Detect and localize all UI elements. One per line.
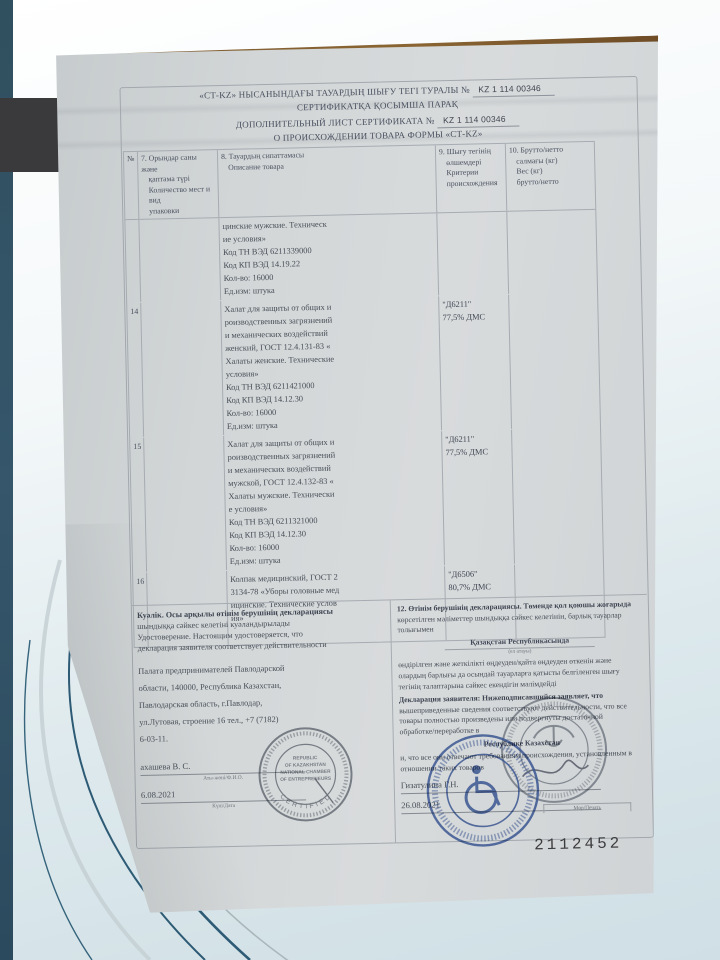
description-cell: Халат для защиты от общих ироизводственн… (221, 296, 442, 435)
declaration-text-ru: Декларация заявителя: Нижеподписавшийся … (399, 690, 644, 738)
col7-header: 7. Орындар саны жәнеқаптама түріКоличест… (138, 150, 219, 219)
certificate-number: KZ 1 114 00346 (437, 113, 520, 129)
description-cell: цинские мужские. Технические условия»Код… (219, 213, 439, 300)
criteria-cell (437, 212, 509, 296)
slide-background: «СТ-KZ» НЫСАНЫНДАҒЫ ТАУАРДЫҢ ШЫҒУ ТЕГІ Т… (0, 0, 720, 960)
declaration-text-kk: 12. Өтінім берушінің декларациясы. Төмен… (397, 599, 642, 636)
applicant-name: Гизатулина Г.Н. (401, 776, 601, 794)
col10-header: 10. Брутто/неттосалмағы (кг)Вес (кг)брут… (506, 142, 593, 211)
packaging-cell (144, 436, 227, 572)
col-no-header: № (124, 152, 139, 219)
table-header-row: № 7. Орындар саны жәнеқаптама түріКоличе… (124, 142, 595, 220)
attestation-section: Куәлік. Осы арқылы өтінім берушінің декл… (131, 600, 395, 848)
packaging-cell (139, 218, 221, 302)
weight-cell (512, 428, 601, 564)
attestation-text: Куәлік. Осы арқылы өтінім берушінің декл… (137, 605, 385, 654)
description-cell: Халат для защиты от общих ироизводственн… (224, 431, 445, 570)
form-header: «СТ-KZ» НЫСАНЫНДАҒЫ ТАУАРДЫҢ ШЫҒУ ТЕГІ Т… (125, 80, 631, 148)
declaration-text-kk2: өндірілген және жеткілікті өңдеуден/қайт… (398, 655, 643, 692)
decor-charcoal-block (0, 98, 64, 172)
certificate-photo: «СТ-KZ» НЫСАНЫНДАҒЫ ТАУАРДЫҢ ШЫҒУ ТЕГІ Т… (49, 35, 680, 914)
seal-label: Мөр/Печать (543, 802, 631, 813)
criteria-cell: "Д6211"77,5% ДМС (442, 430, 515, 565)
criteria-cell: "Д6211"77,5% ДМС (439, 295, 512, 430)
table-row: цинские мужские. Технические условия»Код… (125, 210, 597, 302)
col9-header: 9. Шығу тегініңөлшемдеріКритериипроисхож… (436, 144, 507, 213)
declaration-text-ru2: и, что все они отвечают требованиям прои… (400, 748, 644, 775)
serial-number: 2112452 (534, 834, 623, 854)
left-signature-block: ахашева В. С. Аты-жөні/Ф.И.О. 6.08.2021 … (140, 758, 306, 812)
table-row: 15 Халат для защиты от общих ироизводств… (130, 427, 603, 572)
chamber-address: Палата предпринимателей Павлодарскойобла… (138, 658, 387, 748)
packaging-cell (141, 301, 224, 437)
col8-header: 8. Тауардың сипаттамасыОписание товара (218, 145, 437, 217)
table-row: 14 Халат для защиты от общих ироизводств… (127, 292, 600, 437)
goods-table: № 7. Орындар саны жәнеқаптама түріКоличе… (123, 141, 606, 648)
weight-cell (509, 293, 598, 429)
weight-cell (507, 210, 595, 294)
certificate-number: KZ 1 114 00346 (472, 82, 555, 98)
header-title-ru: ДОПОЛНИТЕЛЬНЫЙ ЛИСТ СЕРТИФИКАТА № (236, 115, 435, 129)
